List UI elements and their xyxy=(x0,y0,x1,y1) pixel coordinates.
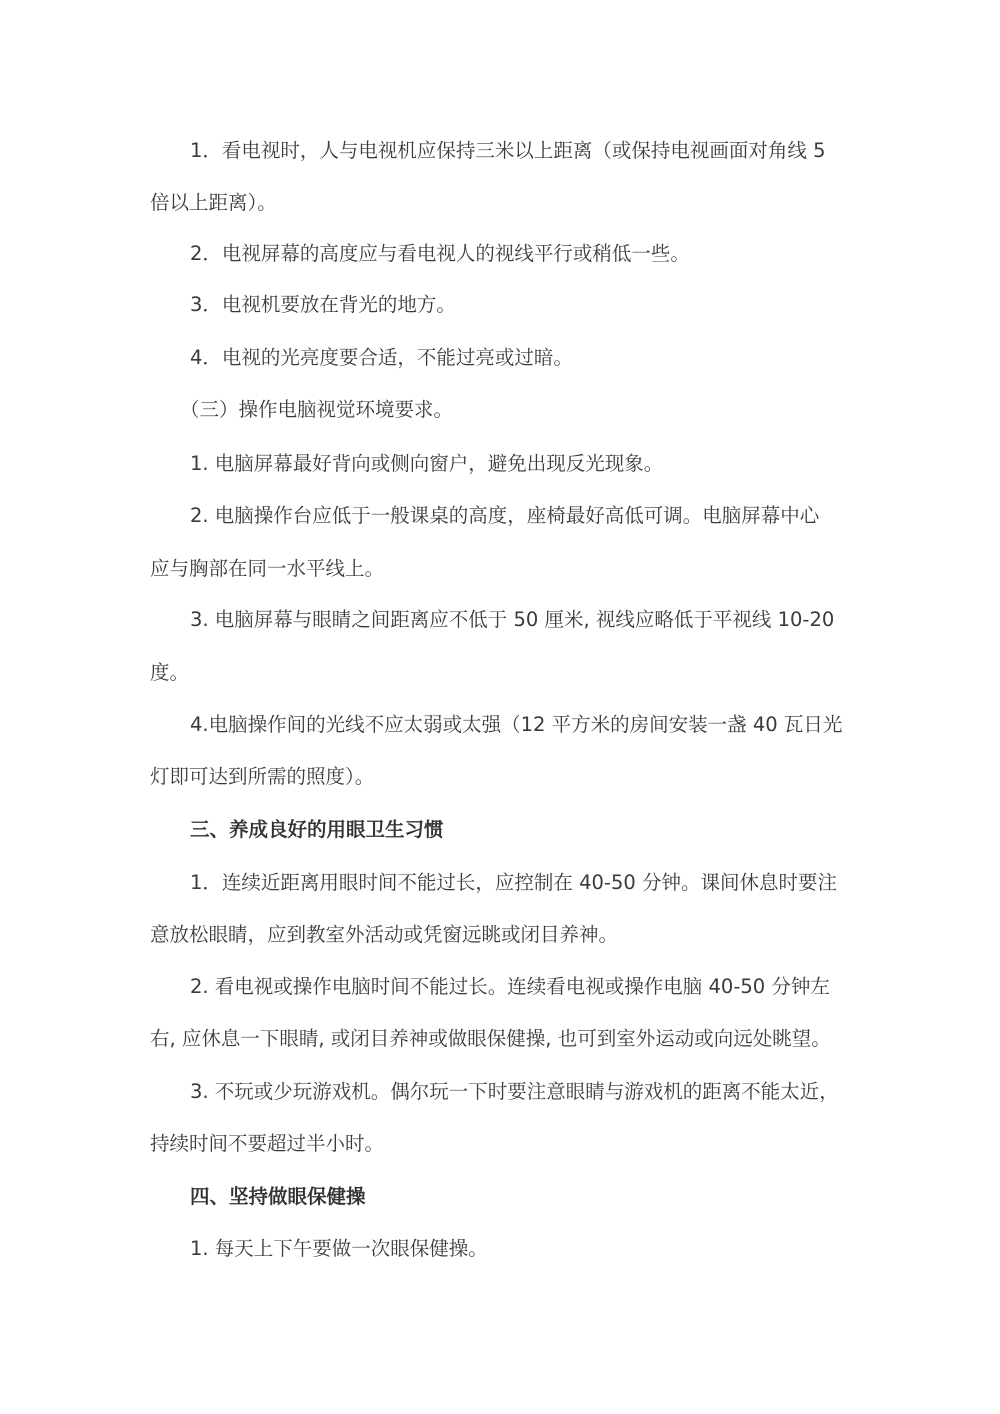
para-tv-backlight: 3．电视机要放在背光的地方。 xyxy=(190,292,456,318)
para-near-use-line2: 意放松眼睛，应到教室外活动或凭窗远眺或闭目养神。 xyxy=(150,922,618,948)
para-computer-distance-line2: 度。 xyxy=(150,660,189,686)
para-games-line1: 3. 不玩或少玩游戏机。偶尔玩一下时要注意眼睛与游戏机的距离不能太近， xyxy=(190,1079,839,1105)
subheading-computer-environment: （三）操作电脑视觉环境要求。 xyxy=(180,397,453,423)
para-screen-time-line2: 右, 应休息一下眼睛, 或闭目养神或做眼保健操, 也可到室外运动或向远处眺望。 xyxy=(150,1026,831,1052)
heading-eye-habits: 三、养成良好的用眼卫生习惯 xyxy=(190,817,444,843)
para-tv-distance-line2: 倍以上距离）。 xyxy=(150,190,277,216)
para-screen-time-line1: 2. 看电视或操作电脑时间不能过长。连续看电视或操作电脑 40-50 分钟左 xyxy=(190,974,830,1000)
para-computer-window: 1. 电脑屏幕最好背向或侧向窗户，避免出现反光现象。 xyxy=(190,451,663,477)
para-tv-height: 2．电视屏幕的高度应与看电视人的视线平行或稍低一些。 xyxy=(190,241,690,267)
para-computer-lighting-line1: 4.电脑操作间的光线不应太弱或太强（12 平方米的房间安装一盏 40 瓦日光 xyxy=(190,712,842,738)
para-computer-desk-line2: 应与胸部在同一水平线上。 xyxy=(150,556,384,582)
para-daily-exercises: 1. 每天上下午要做一次眼保健操。 xyxy=(190,1236,488,1262)
para-tv-distance-line1: 1．看电视时，人与电视机应保持三米以上距离（或保持电视画面对角线 5 xyxy=(190,138,826,164)
heading-eye-exercises: 四、坚持做眼保健操 xyxy=(190,1184,366,1210)
para-computer-distance-line1: 3. 电脑屏幕与眼睛之间距离应不低于 50 厘米, 视线应略低于平视线 10-2… xyxy=(190,607,834,633)
document-page: 1．看电视时，人与电视机应保持三米以上距离（或保持电视画面对角线 5 倍以上距离… xyxy=(0,0,1000,1414)
para-computer-desk-line1: 2. 电脑操作台应低于一般课桌的高度，座椅最好高低可调。电脑屏幕中心 xyxy=(190,503,819,529)
para-near-use-line1: 1．连续近距离用眼时间不能过长，应控制在 40-50 分钟。课间休息时要注 xyxy=(190,870,837,896)
para-games-line2: 持续时间不要超过半小时。 xyxy=(150,1131,384,1157)
para-computer-lighting-line2: 灯即可达到所需的照度）。 xyxy=(150,764,374,790)
para-tv-brightness: 4．电视的光亮度要合适，不能过亮或过暗。 xyxy=(190,345,573,371)
